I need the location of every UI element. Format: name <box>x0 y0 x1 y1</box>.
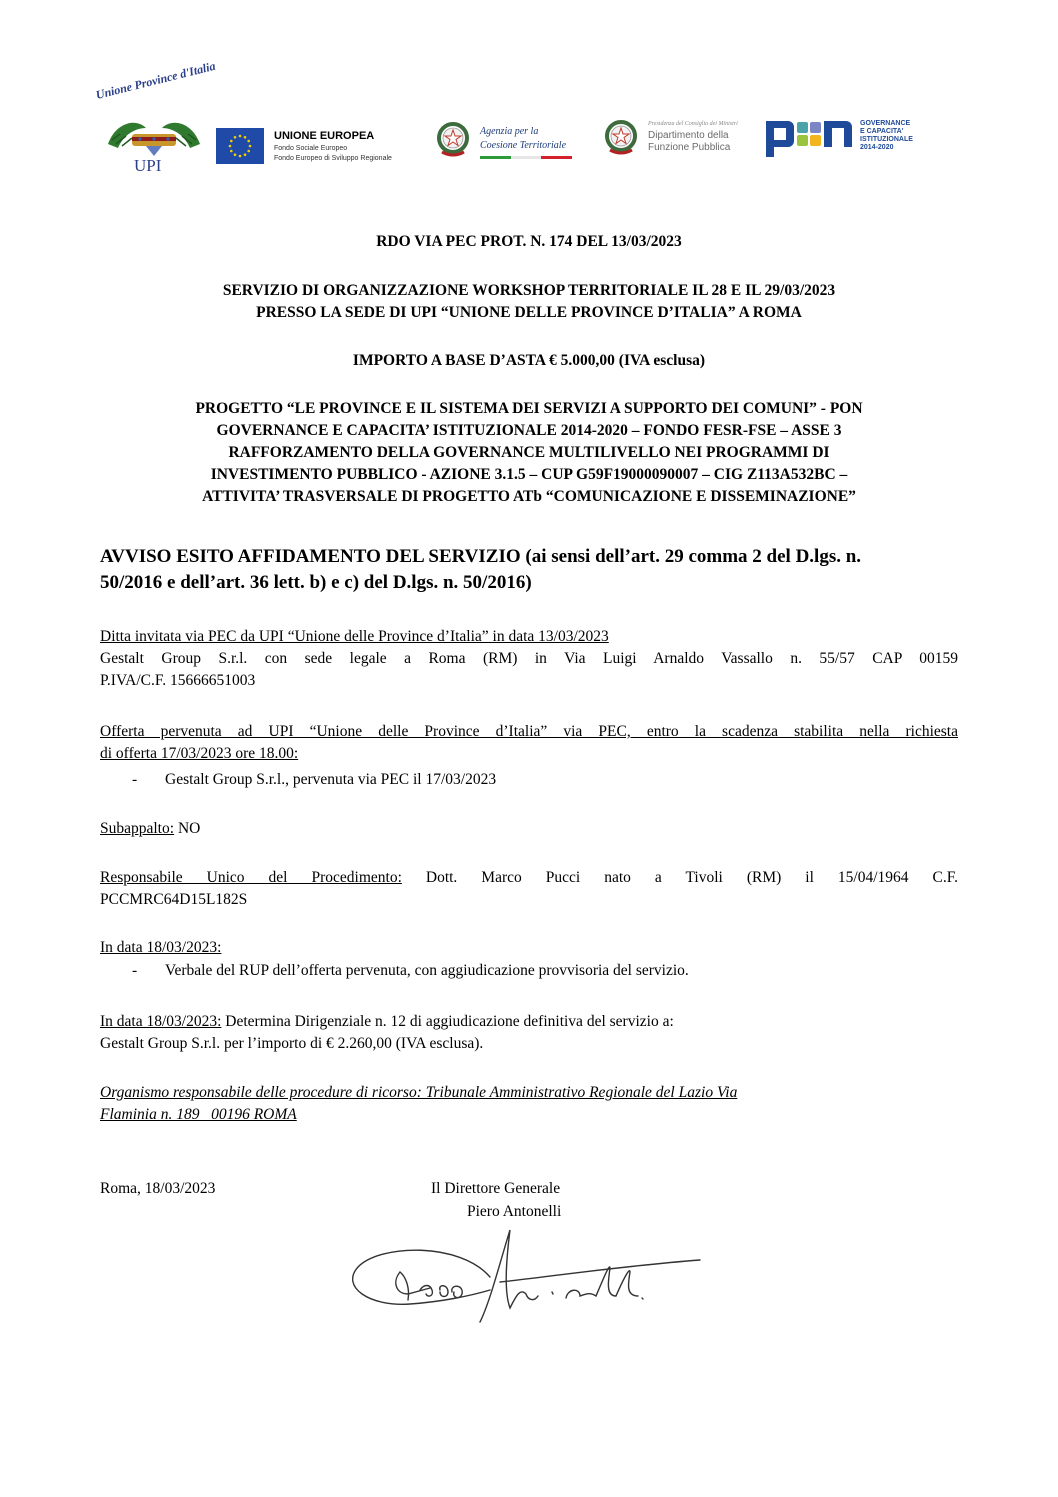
ditta-vat: P.IVA/C.F. 15666651003 <box>100 670 958 692</box>
logo-strip: Unione Province d'Italia UPI <box>96 88 936 180</box>
pon-logo-line2: E CAPACITA' <box>860 128 903 136</box>
ditta-heading: Ditta invitata via PEC da UPI “Unione de… <box>100 628 609 645</box>
upi-logo-arc-text: Unione Province d'Italia <box>94 59 217 103</box>
rup-value: Dott. Marco Pucci nato a Tivoli (RM) il … <box>402 869 958 886</box>
service-heading-line2: PRESSO LA SEDE DI UPI “UNIONE DELLE PROV… <box>100 302 958 324</box>
place-date: Roma, 18/03/2023 <box>100 1178 300 1200</box>
ditta-section: Ditta invitata via PEC da UPI “Unione de… <box>100 626 958 692</box>
progetto-line: RAFFORZAMENTO DELLA GOVERNANCE MULTILIVE… <box>100 442 958 464</box>
ricorso-line2: Flaminia n. 189 00196 ROMA <box>100 1106 297 1123</box>
document-page: Unione Province d'Italia UPI <box>0 0 1058 1497</box>
service-heading-line1: SERVIZIO DI ORGANIZZAZIONE WORKSHOP TERR… <box>100 280 958 302</box>
act-logo-line2: Coesione Territoriale <box>480 140 566 151</box>
ricorso-section: Organismo responsabile delle procedure d… <box>100 1082 958 1126</box>
offerta-item: Gestalt Group S.r.l., pervenuta via PEC … <box>165 769 496 791</box>
pon-logo: GOVERNANCE E CAPACITA' ISTITUZIONALE 201… <box>764 116 939 166</box>
determina-text: Determina Dirigenziale n. 12 di aggiudic… <box>221 1013 673 1030</box>
signatory-role: Il Direttore Generale <box>431 1178 681 1200</box>
verbale-date-label: In data 18/03/2023: <box>100 939 221 956</box>
eu-flag-icon <box>216 128 264 164</box>
pon-logo-line1: GOVERNANCE <box>860 120 910 128</box>
verbale-item: Verbale del RUP dell’offerta pervenuta, … <box>165 960 689 982</box>
pon-logo-line4: 2014-2020 <box>860 144 893 152</box>
eu-logo-title: UNIONE EUROPEA <box>274 130 374 142</box>
service-heading: SERVIZIO DI ORGANIZZAZIONE WORKSHOP TERR… <box>100 280 958 324</box>
avviso-legal-ref-line2: 50/2016 e dell’art. 36 lett. b) e c) del… <box>100 570 958 596</box>
progetto-line: INVESTIMENTO PUBBLICO - AZIONE 3.1.5 – C… <box>100 464 958 486</box>
verbale-section: In data 18/03/2023: <box>100 937 958 959</box>
avviso-title-main: AVVISO ESITO AFFIDAMENTO DEL SERVIZIO <box>100 546 521 567</box>
ricorso-line1: Organismo responsabile delle procedure d… <box>100 1084 737 1101</box>
dfp-logo-line2: Funzione Pubblica <box>648 142 730 153</box>
subappalto-value: NO <box>174 820 200 837</box>
bullet-dash: - <box>132 769 137 791</box>
rdo-heading: RDO VIA PEC PROT. N. 174 DEL 13/03/2023 <box>100 231 958 253</box>
progetto-line: ATTIVITA’ TRASVERSALE DI PROGETTO ATb “C… <box>100 486 958 508</box>
rup-section: Responsabile Unico del Procedimento: Dot… <box>100 867 958 911</box>
subappalto-section: Subappalto: NO <box>100 818 958 840</box>
progetto-line: GOVERNANCE E CAPACITA’ ISTITUZIONALE 201… <box>100 420 958 442</box>
pon-logo-icon <box>764 119 854 159</box>
bullet-dash: - <box>132 960 137 982</box>
act-logo-line1: Agenzia per la <box>480 126 538 137</box>
determina-award: Gestalt Group S.r.l. per l’importo di € … <box>100 1033 958 1055</box>
upi-logo: Unione Province d'Italia UPI <box>96 88 211 180</box>
avviso-title: AVVISO ESITO AFFIDAMENTO DEL SERVIZIO (a… <box>100 544 958 596</box>
rup-label: Responsabile Unico del Procedimento: <box>100 869 402 886</box>
eu-logo-line1: Fondo Sociale Europeo <box>274 145 347 152</box>
dfp-logo-line0: Presidenza del Consiglio dei Ministri <box>648 121 738 127</box>
italian-tricolor-bar <box>480 156 572 159</box>
determina-section: In data 18/03/2023: Determina Dirigenzia… <box>100 1011 958 1055</box>
italian-republic-emblem-icon <box>604 118 638 158</box>
upi-logo-label: UPI <box>134 156 161 176</box>
handwritten-signature-icon <box>340 1222 720 1332</box>
progetto-line: PROGETTO “LE PROVINCE E IL SISTEMA DEI S… <box>100 398 958 420</box>
italian-republic-emblem-icon <box>436 120 470 160</box>
subappalto-label: Subappalto: <box>100 820 174 837</box>
ditta-address: Gestalt Group S.r.l. con sede legale a R… <box>100 648 958 670</box>
offerta-heading-line2: di offerta 17/03/2023 ore 18.00: <box>100 745 298 762</box>
signatory-name: Piero Antonelli <box>467 1201 717 1223</box>
eu-logo-line2: Fondo Europeo di Sviluppo Regionale <box>274 155 392 162</box>
determina-date-label: In data 18/03/2023: <box>100 1013 221 1030</box>
upi-crown-laurel-icon <box>106 114 202 158</box>
importo-heading: IMPORTO A BASE D’ASTA € 5.000,00 (IVA es… <box>100 350 958 372</box>
dfp-logo-line1: Dipartimento della <box>648 130 729 141</box>
rup-tax-code: PCCMRC64D15L182S <box>100 889 958 911</box>
offerta-section: Offerta pervenuta ad UPI “Unione delle P… <box>100 721 958 765</box>
act-logo: Agenzia per la Coesione Territoriale <box>436 118 586 168</box>
avviso-legal-ref: (ai sensi dell’art. 29 comma 2 del D.lgs… <box>521 546 861 567</box>
dfp-logo: Presidenza del Consiglio dei Ministri Di… <box>604 118 764 168</box>
offerta-heading-line1: Offerta pervenuta ad UPI “Unione delle P… <box>100 721 958 743</box>
pon-logo-line3: ISTITUZIONALE <box>860 136 913 144</box>
progetto-heading: PROGETTO “LE PROVINCE E IL SISTEMA DEI S… <box>100 398 958 508</box>
